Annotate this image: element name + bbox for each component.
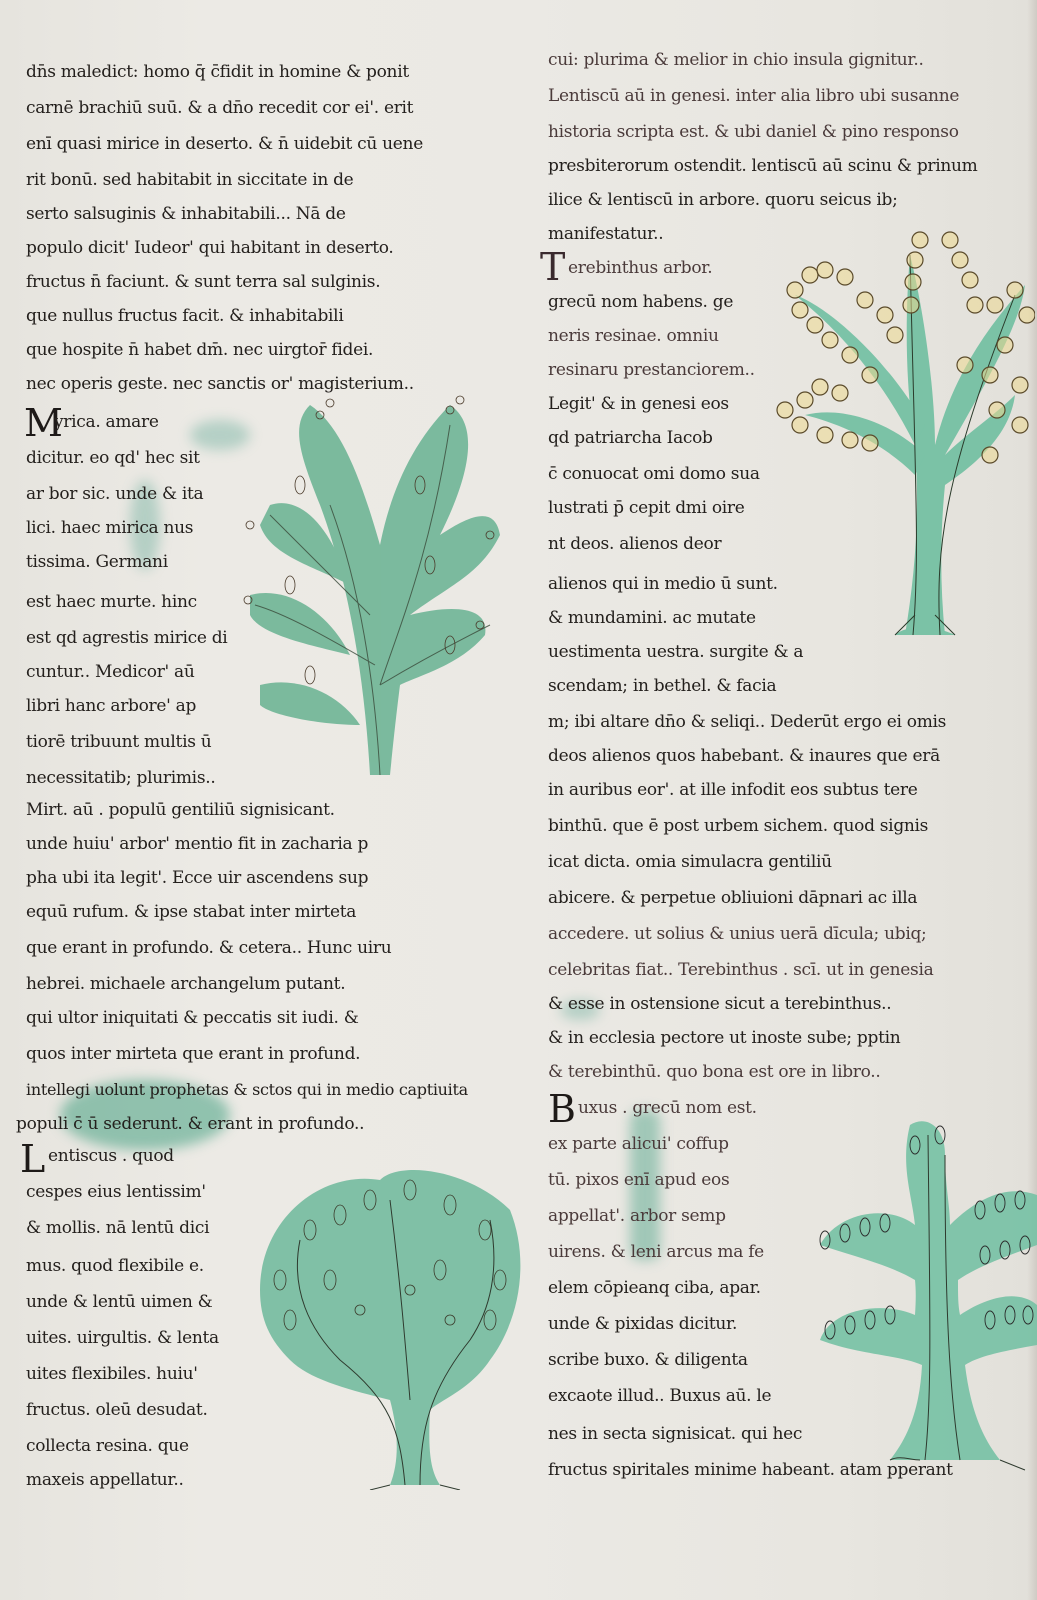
text-line: lustrati p̄ cepit dmi oire (548, 498, 745, 518)
text-line: celebritas fiat.. Terebinthus . scī. ut … (548, 960, 933, 980)
text-line: intellegi uolunt prophetas & sctos qui i… (26, 1080, 468, 1100)
text-line: est haec murte. hinc (26, 592, 197, 612)
initial-letter-l: L (20, 1140, 45, 1178)
myrtle-tree-illustration (230, 385, 510, 785)
text-line: & terebinthū. quo bona est ore in libro.… (548, 1062, 880, 1082)
text-line: yrica. amare (54, 412, 159, 432)
text-line: scendam; in bethel. & facia (548, 676, 776, 696)
text-line: dicitur. eo qd' hec sit (26, 448, 200, 468)
text-line: icat dicta. omia simulacra gentiliū (548, 852, 832, 872)
text-line: & esse in ostensione sicut a terebinthus… (548, 994, 891, 1014)
text-line: presbiterorum ostendit. lentiscū aū scin… (548, 156, 978, 176)
text-line: mus. quod flexibile e. (26, 1256, 204, 1276)
text-line: carnē brachiū suū. & a dn̄o recedit cor … (26, 98, 413, 118)
text-line: manifestatur.. (548, 224, 663, 244)
text-line: appellat'. arbor semp (548, 1206, 726, 1226)
text-line: uestimenta uestra. surgite & a (548, 642, 803, 662)
text-line: abicere. & perpetue obliuioni dāpnari ac… (548, 888, 917, 908)
text-line: cuntur.. Medicor' aū (26, 662, 195, 682)
text-line: populi c̄ ū sederunt. & erant in profund… (16, 1114, 364, 1134)
text-line: & in ecclesia pectore ut inoste sube; pp… (548, 1028, 900, 1048)
text-line: uites. uirgultis. & lenta (26, 1328, 219, 1348)
text-line: fructus. oleū desudat. (26, 1400, 208, 1420)
text-line: uirens. & leni arcus ma fe (548, 1242, 764, 1262)
text-line: scribe buxo. & diligenta (548, 1350, 748, 1370)
text-line: pha ubi ita legit'. Ecce uir ascendens s… (26, 868, 368, 888)
text-line: cespes eius lentissim' (26, 1182, 206, 1202)
text-line: binthū. que ē post urbem sichem. quod si… (548, 816, 928, 836)
text-line: que hospite n̄ habet dm̄. nec uirgtor̄ f… (26, 340, 373, 360)
text-line: qd patriarcha Iacob (548, 428, 713, 448)
text-line: c̄ conuocat omi domo sua (548, 464, 760, 484)
text-line: erebinthus arbor. (568, 258, 712, 278)
text-line: rit bonū. sed habitabit in siccitate in … (26, 170, 353, 190)
text-line: & mollis. nā lentū dici (26, 1218, 209, 1238)
text-line: enī quasi mirice in deserto. & n̄ uidebi… (26, 134, 423, 154)
text-line: unde huiu' arbor' mentio fit in zacharia… (26, 834, 368, 854)
text-line: nt deos. alienos deor (548, 534, 721, 554)
text-line: que nullus fructus facit. & inhabitabili (26, 306, 343, 326)
text-line: tissima. Germani (26, 552, 168, 572)
text-line: est qd agrestis mirice di (26, 628, 227, 648)
text-line: accedere. ut solius & unius uerā dīcula;… (548, 924, 926, 944)
text-line: Legit' & in genesi eos (548, 394, 729, 414)
text-line: neris resinae. omniu (548, 326, 719, 346)
lentisk-tree-illustration (250, 1160, 530, 1490)
text-line: historia scripta est. & ubi daniel & pin… (548, 122, 959, 142)
text-line: ilice & lentiscū in arbore. quoru seicus… (548, 190, 898, 210)
text-line: dn̄s maledict: homo q̄ c̄fidit in homine… (26, 62, 409, 82)
terebinth-tree-illustration (765, 215, 1035, 645)
text-line: excaote illud.. Buxus aū. le (548, 1386, 771, 1406)
text-line: serto salsuginis & inhabitabili... Nā de (26, 204, 346, 224)
text-line: que erant in profundo. & cetera.. Hunc u… (26, 938, 391, 958)
text-line: Mirt. aū . populū gentiliū signisicant. (26, 800, 335, 820)
text-line: m; ibi altare dn̄o & seliqi.. Dederūt er… (548, 712, 946, 732)
text-line: libri hanc arbore' ap (26, 696, 196, 716)
text-line: in auribus eor'. at ille infodit eos sub… (548, 780, 917, 800)
text-line: Lentiscū aū in genesi. inter alia libro … (548, 86, 959, 106)
text-line: qui ultor iniquitati & peccatis sit iudi… (26, 1008, 359, 1028)
text-line: elem cōpieanq ciba, apar. (548, 1278, 761, 1298)
text-line: uxus . grecū nom est. (578, 1098, 757, 1118)
text-line: ex parte alicui' coffup (548, 1134, 729, 1154)
text-line: fructus n̄ faciunt. & sunt terra sal sul… (26, 272, 380, 292)
text-line: tiorē tribuunt multis ū (26, 732, 211, 752)
text-line: quos inter mirteta que erant in profund. (26, 1044, 360, 1064)
initial-letter-t: T (540, 248, 565, 286)
text-line: entiscus . quod (48, 1146, 174, 1166)
text-line: ar bor sic. unde & ita (26, 484, 203, 504)
text-line: unde & lentū uimen & (26, 1292, 212, 1312)
text-line: unde & pixidas dicitur. (548, 1314, 737, 1334)
text-line: deos alienos quos habebant. & inaures qu… (548, 746, 940, 766)
text-line: hebrei. michaele archangelum putant. (26, 974, 345, 994)
text-line: & mundamini. ac mutate (548, 608, 756, 628)
text-line: necessitatib; plurimis.. (26, 768, 215, 788)
initial-letter-b: B (548, 1090, 576, 1128)
text-line: tū. pixos enī apud eos (548, 1170, 729, 1190)
text-line: maxeis appellatur.. (26, 1470, 184, 1490)
text-line: lici. haec mirica nus (26, 518, 193, 538)
manuscript-folio: dn̄s maledict: homo q̄ c̄fidit in homine… (0, 0, 1037, 1600)
text-line: collecta resina. que (26, 1436, 189, 1456)
text-line: nes in secta signisicat. qui hec (548, 1424, 802, 1444)
box-tree-illustration (800, 1115, 1037, 1475)
text-line: grecū nom habens. ge (548, 292, 733, 312)
text-line: equū rufum. & ipse stabat inter mirteta (26, 902, 356, 922)
text-line: uites flexibiles. huiu' (26, 1364, 198, 1384)
text-line: populo dicit' Iudeor' qui habitant in de… (26, 238, 394, 258)
text-line: alienos qui in medio ū sunt. (548, 574, 778, 594)
text-line: cui: plurima & melior in chio insula gig… (548, 50, 924, 70)
text-line: resinaru prestanciorem.. (548, 360, 755, 380)
